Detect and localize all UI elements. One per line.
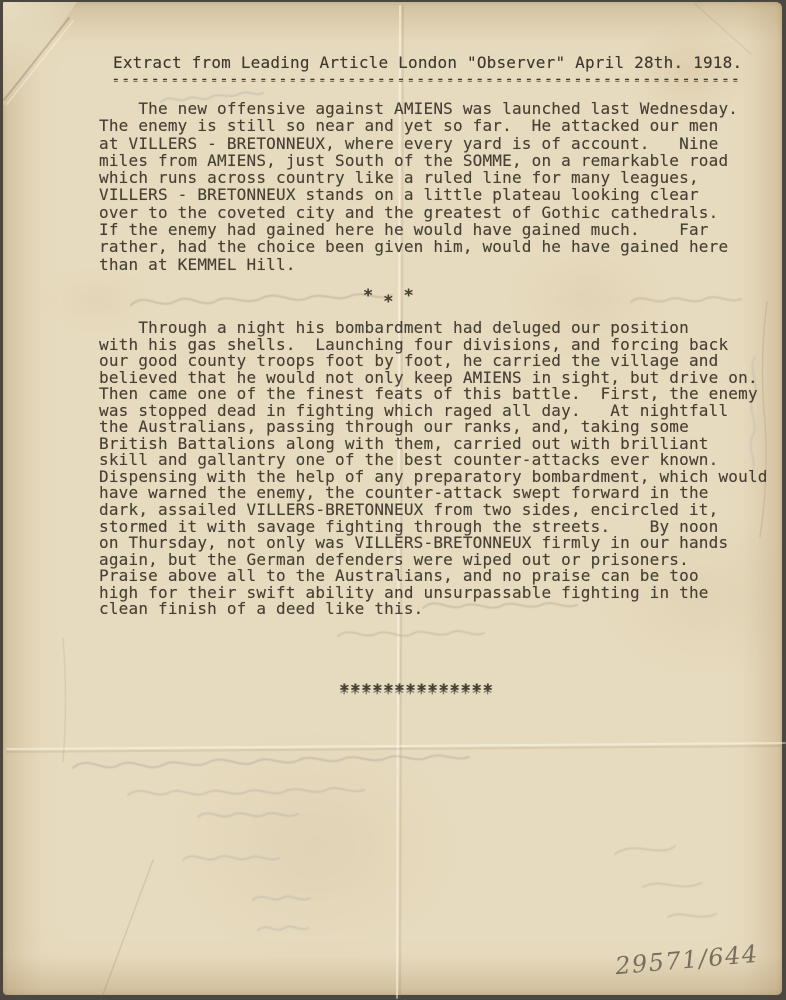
- bleed-squiggle: [128, 788, 364, 795]
- divider-star: *: [383, 292, 403, 312]
- divider-star: *: [363, 286, 383, 306]
- bleed-squiggle: [131, 294, 392, 305]
- text-line: clean finish of a deed like this.: [99, 601, 768, 618]
- crease-horizontal-center: [7, 743, 785, 749]
- bleed-squiggle: [615, 846, 716, 917]
- title-underline: ----------------------------------------…: [111, 69, 740, 88]
- corner-fold: [3, 2, 77, 106]
- bleed-squiggle: [198, 813, 298, 817]
- crease-bottom-left-diagonal: [101, 860, 153, 1000]
- section-divider: ***: [363, 286, 424, 306]
- bleed-squiggle: [253, 897, 310, 900]
- crease-left-edge: [63, 638, 66, 762]
- text-line: The new offensive against AMIENS was lau…: [99, 100, 738, 117]
- bleed-squiggle: [258, 926, 308, 930]
- text-line: VILLERS - BRETONNEUX stands on a little …: [99, 186, 738, 203]
- bleed-squiggle: [338, 631, 484, 636]
- scanned-document: Extract from Leading Article London "Obs…: [0, 0, 786, 1000]
- text-line: The enemy is still so near and yet so fa…: [99, 117, 738, 134]
- text-line: rather, had the choice been given him, w…: [99, 238, 738, 255]
- bleed-squiggle: [73, 756, 469, 768]
- text-line: If the enemy had gained here he would ha…: [99, 221, 738, 238]
- paragraph-2: Through a night his bombardment had delu…: [99, 320, 768, 618]
- paragraph-1: The new offensive against AMIENS was lau…: [99, 100, 738, 273]
- end-flourish: **************: [339, 681, 494, 701]
- text-line: over to the coveted city and the greates…: [99, 204, 738, 221]
- paper-sheet: Extract from Leading Article London "Obs…: [3, 2, 782, 995]
- bleed-squiggle: [183, 856, 279, 860]
- text-line: which runs across country like a ruled l…: [99, 169, 738, 186]
- bleed-squiggle: [631, 297, 741, 302]
- crease-top-right-diagonal: [695, 4, 751, 54]
- archive-reference-number: 29571/644: [614, 940, 760, 980]
- divider-star: *: [404, 286, 424, 306]
- crease-horizontal-center-shadow: [7, 746, 785, 752]
- text-line: at VILLERS - BRETONNEUX, where every yar…: [99, 135, 738, 152]
- text-line: miles from AMIENS, just South of the SOM…: [99, 152, 738, 169]
- text-line: than at KEMMEL Hill.: [99, 256, 738, 273]
